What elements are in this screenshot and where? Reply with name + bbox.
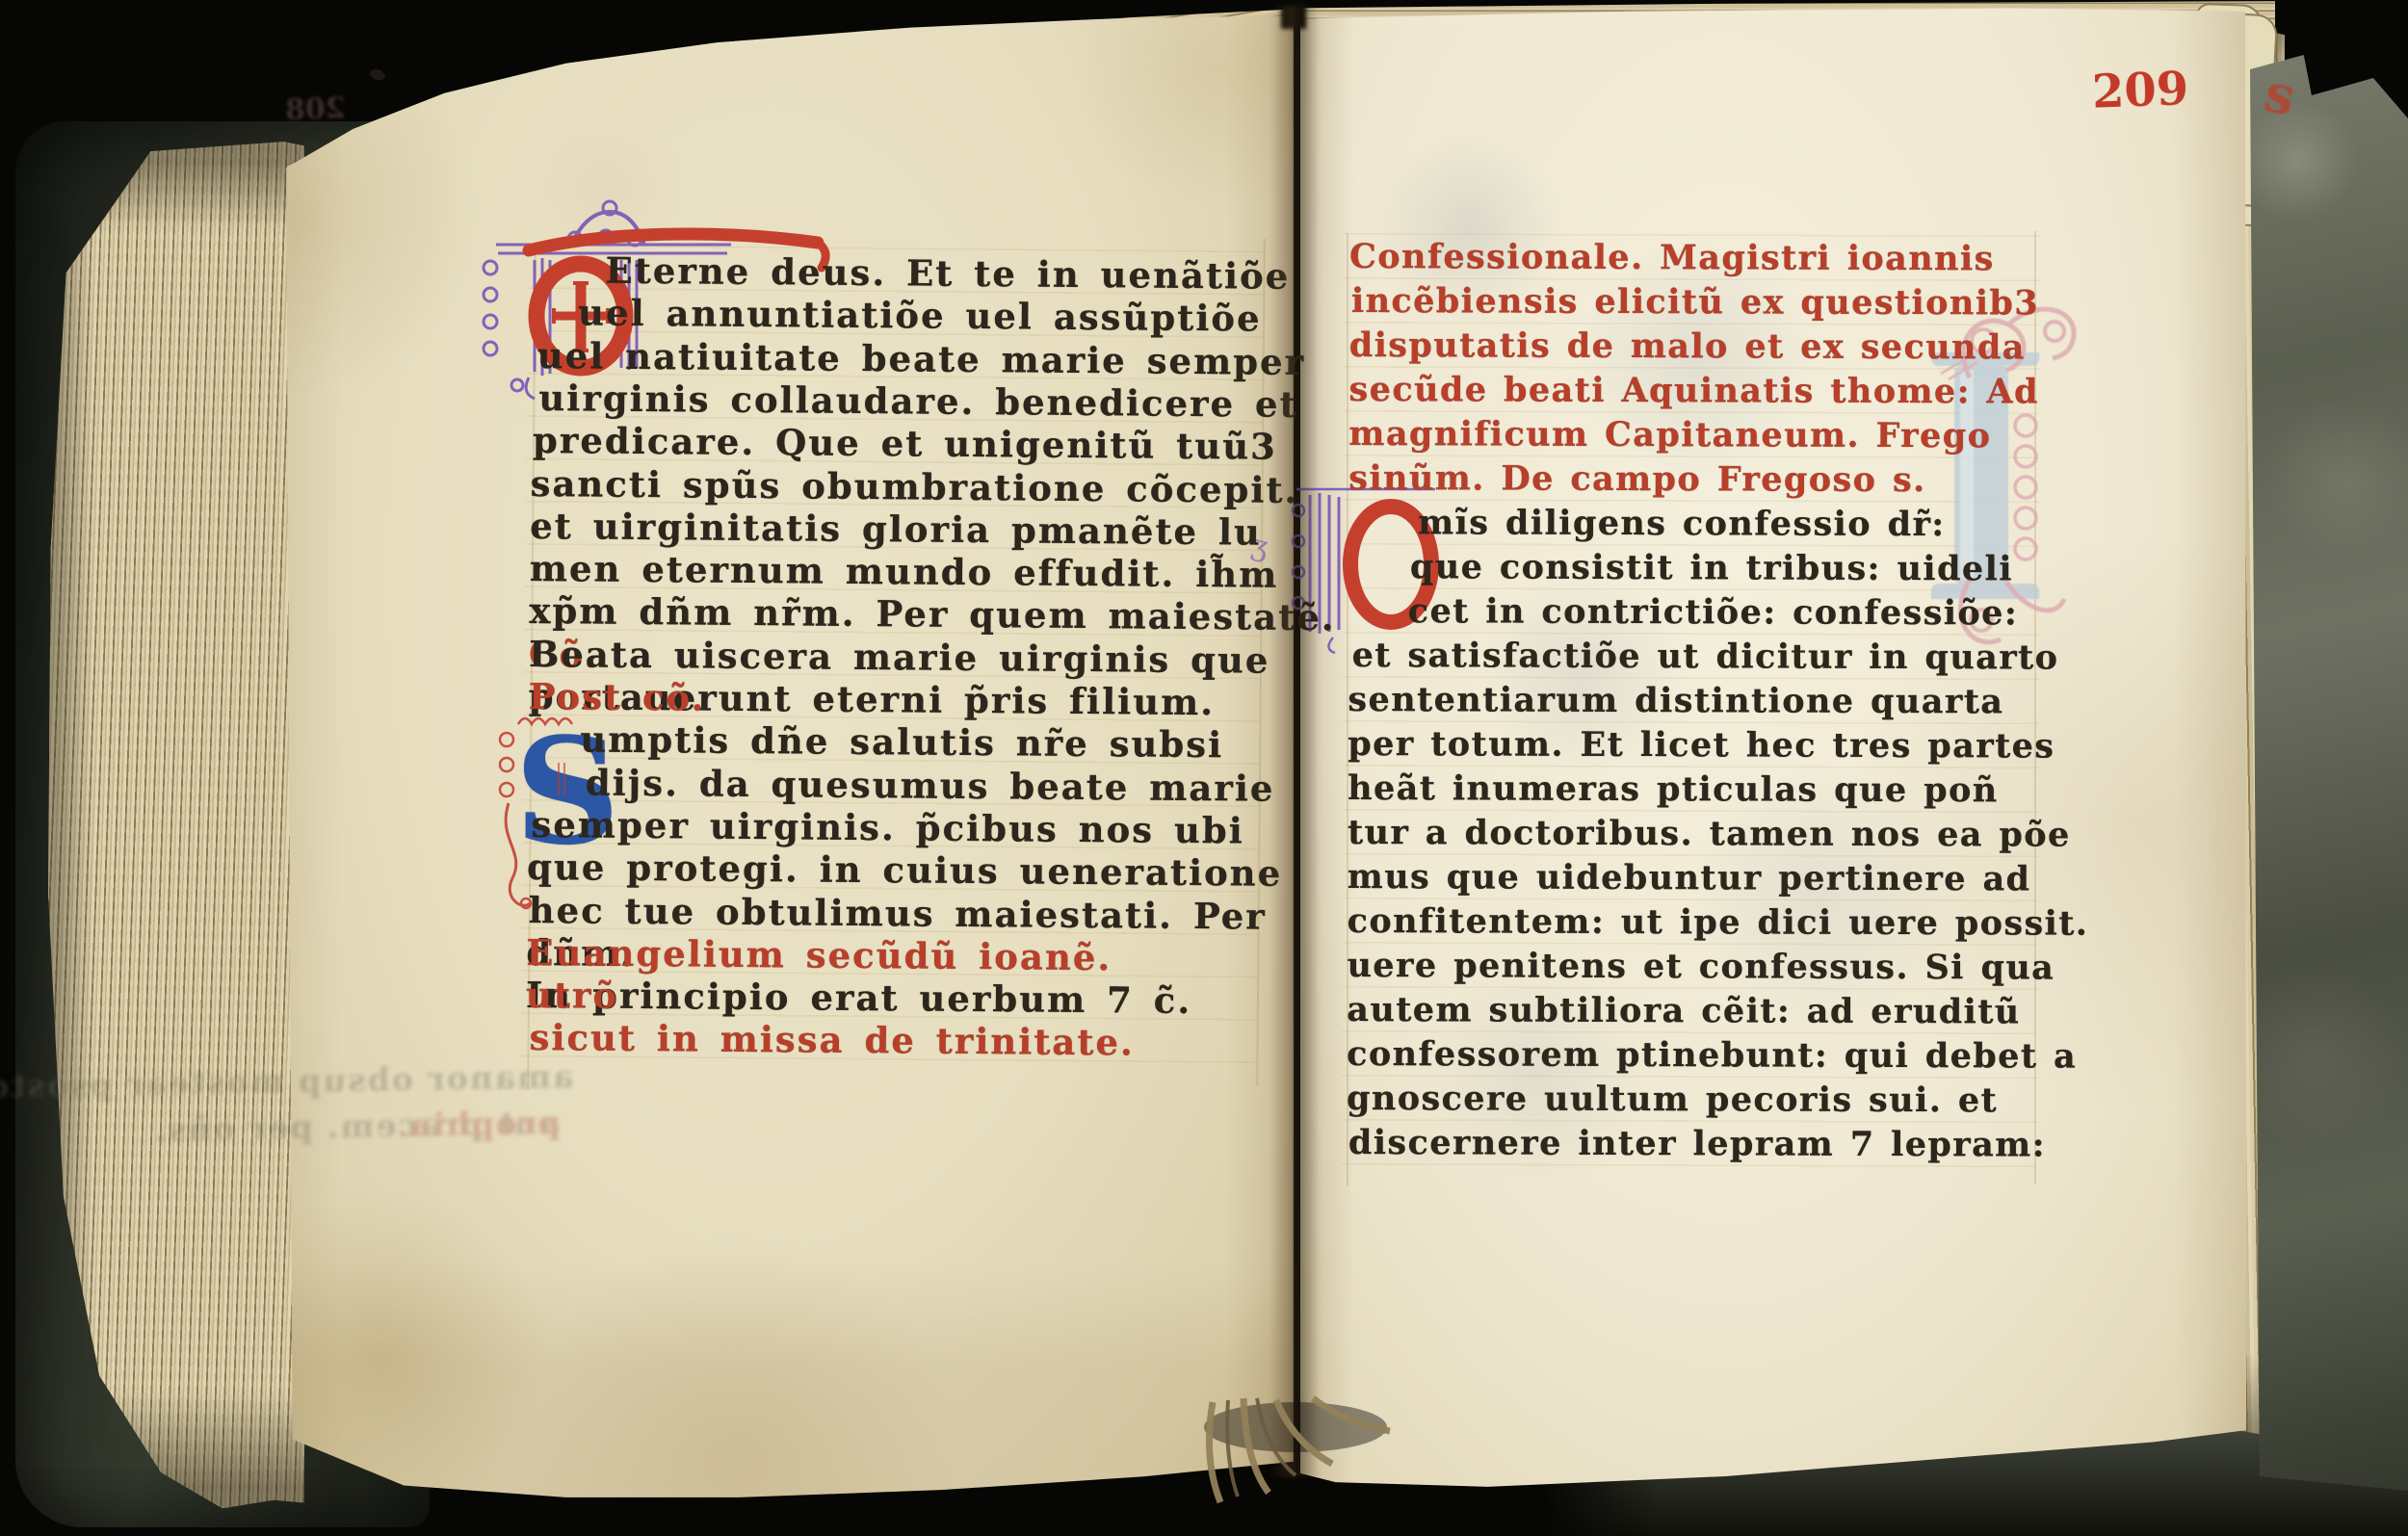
body-text: confessorem ptinebunt: qui debet a xyxy=(1347,1032,2077,1080)
body-text: per totum. Et licet hec tres partes xyxy=(1348,722,2055,769)
body-text: et satisfactiõe ut dicitur in quarto xyxy=(1352,634,2059,681)
body-text: cet in contrictiõe: confessiõe: xyxy=(1408,589,2019,636)
rubric-text: sinũm. De campo Fregoso s. xyxy=(1348,456,1926,503)
body-text: confitentem: ut ipe dici uere possit. xyxy=(1348,899,2089,947)
rubric-text: incẽbiensis elicitũ ex questionib3 xyxy=(1351,279,2039,325)
show-through-text: prophia. xyxy=(395,1104,561,1144)
body-text: sententiarum distintione quarta xyxy=(1348,678,2003,724)
right-page-text-block: Confessionale. Magistri ioannisincẽbiens… xyxy=(1345,0,2082,1536)
left-page-edge-stack xyxy=(48,135,304,1514)
rubric-text: Confessionale. Magistri ioannis xyxy=(1349,235,1995,281)
body-text: que consistit in tribus: uideli xyxy=(1410,545,2013,591)
body-text: mĩs diligens confessio dr̃: xyxy=(1418,501,1946,547)
rubric-text: magnificum Capitaneum. Frego xyxy=(1348,412,1991,458)
binding-threads xyxy=(1180,1394,1411,1529)
body-text: discernere inter lepram 7 lepram: xyxy=(1348,1121,2046,1168)
folio-number: 209 xyxy=(2091,62,2189,118)
body-text: mus que uidebuntur pertinere ad xyxy=(1348,855,2031,901)
rubric-text: disputatis de malo et ex secunda xyxy=(1349,324,2026,370)
show-through-text: amanor obsup mostear psostcuaant pracem.… xyxy=(554,0,1286,1536)
body-text: tur a doctoribus. tamen nos ea põe xyxy=(1348,811,2071,858)
ink-blot xyxy=(369,67,387,83)
body-text: uere penitens et confessus. Si qua xyxy=(1347,944,2055,991)
threads-drawing xyxy=(1180,1394,1411,1529)
manuscript-photo: s 208 209 ʒ xyxy=(0,0,2408,1536)
front-cover-flap xyxy=(2250,46,2408,1491)
show-through-folio-number: 208 xyxy=(284,91,346,127)
rubric-text: secũde beati Aquinatis thome: Ad xyxy=(1349,368,2040,415)
body-text: autem subtiliora cẽit: ad eruditũ xyxy=(1347,988,2020,1034)
body-text: heãt inumeras pticulas que poñ xyxy=(1348,767,1999,813)
body-text: gnoscere uultum pecoris sui. et xyxy=(1347,1077,1998,1123)
